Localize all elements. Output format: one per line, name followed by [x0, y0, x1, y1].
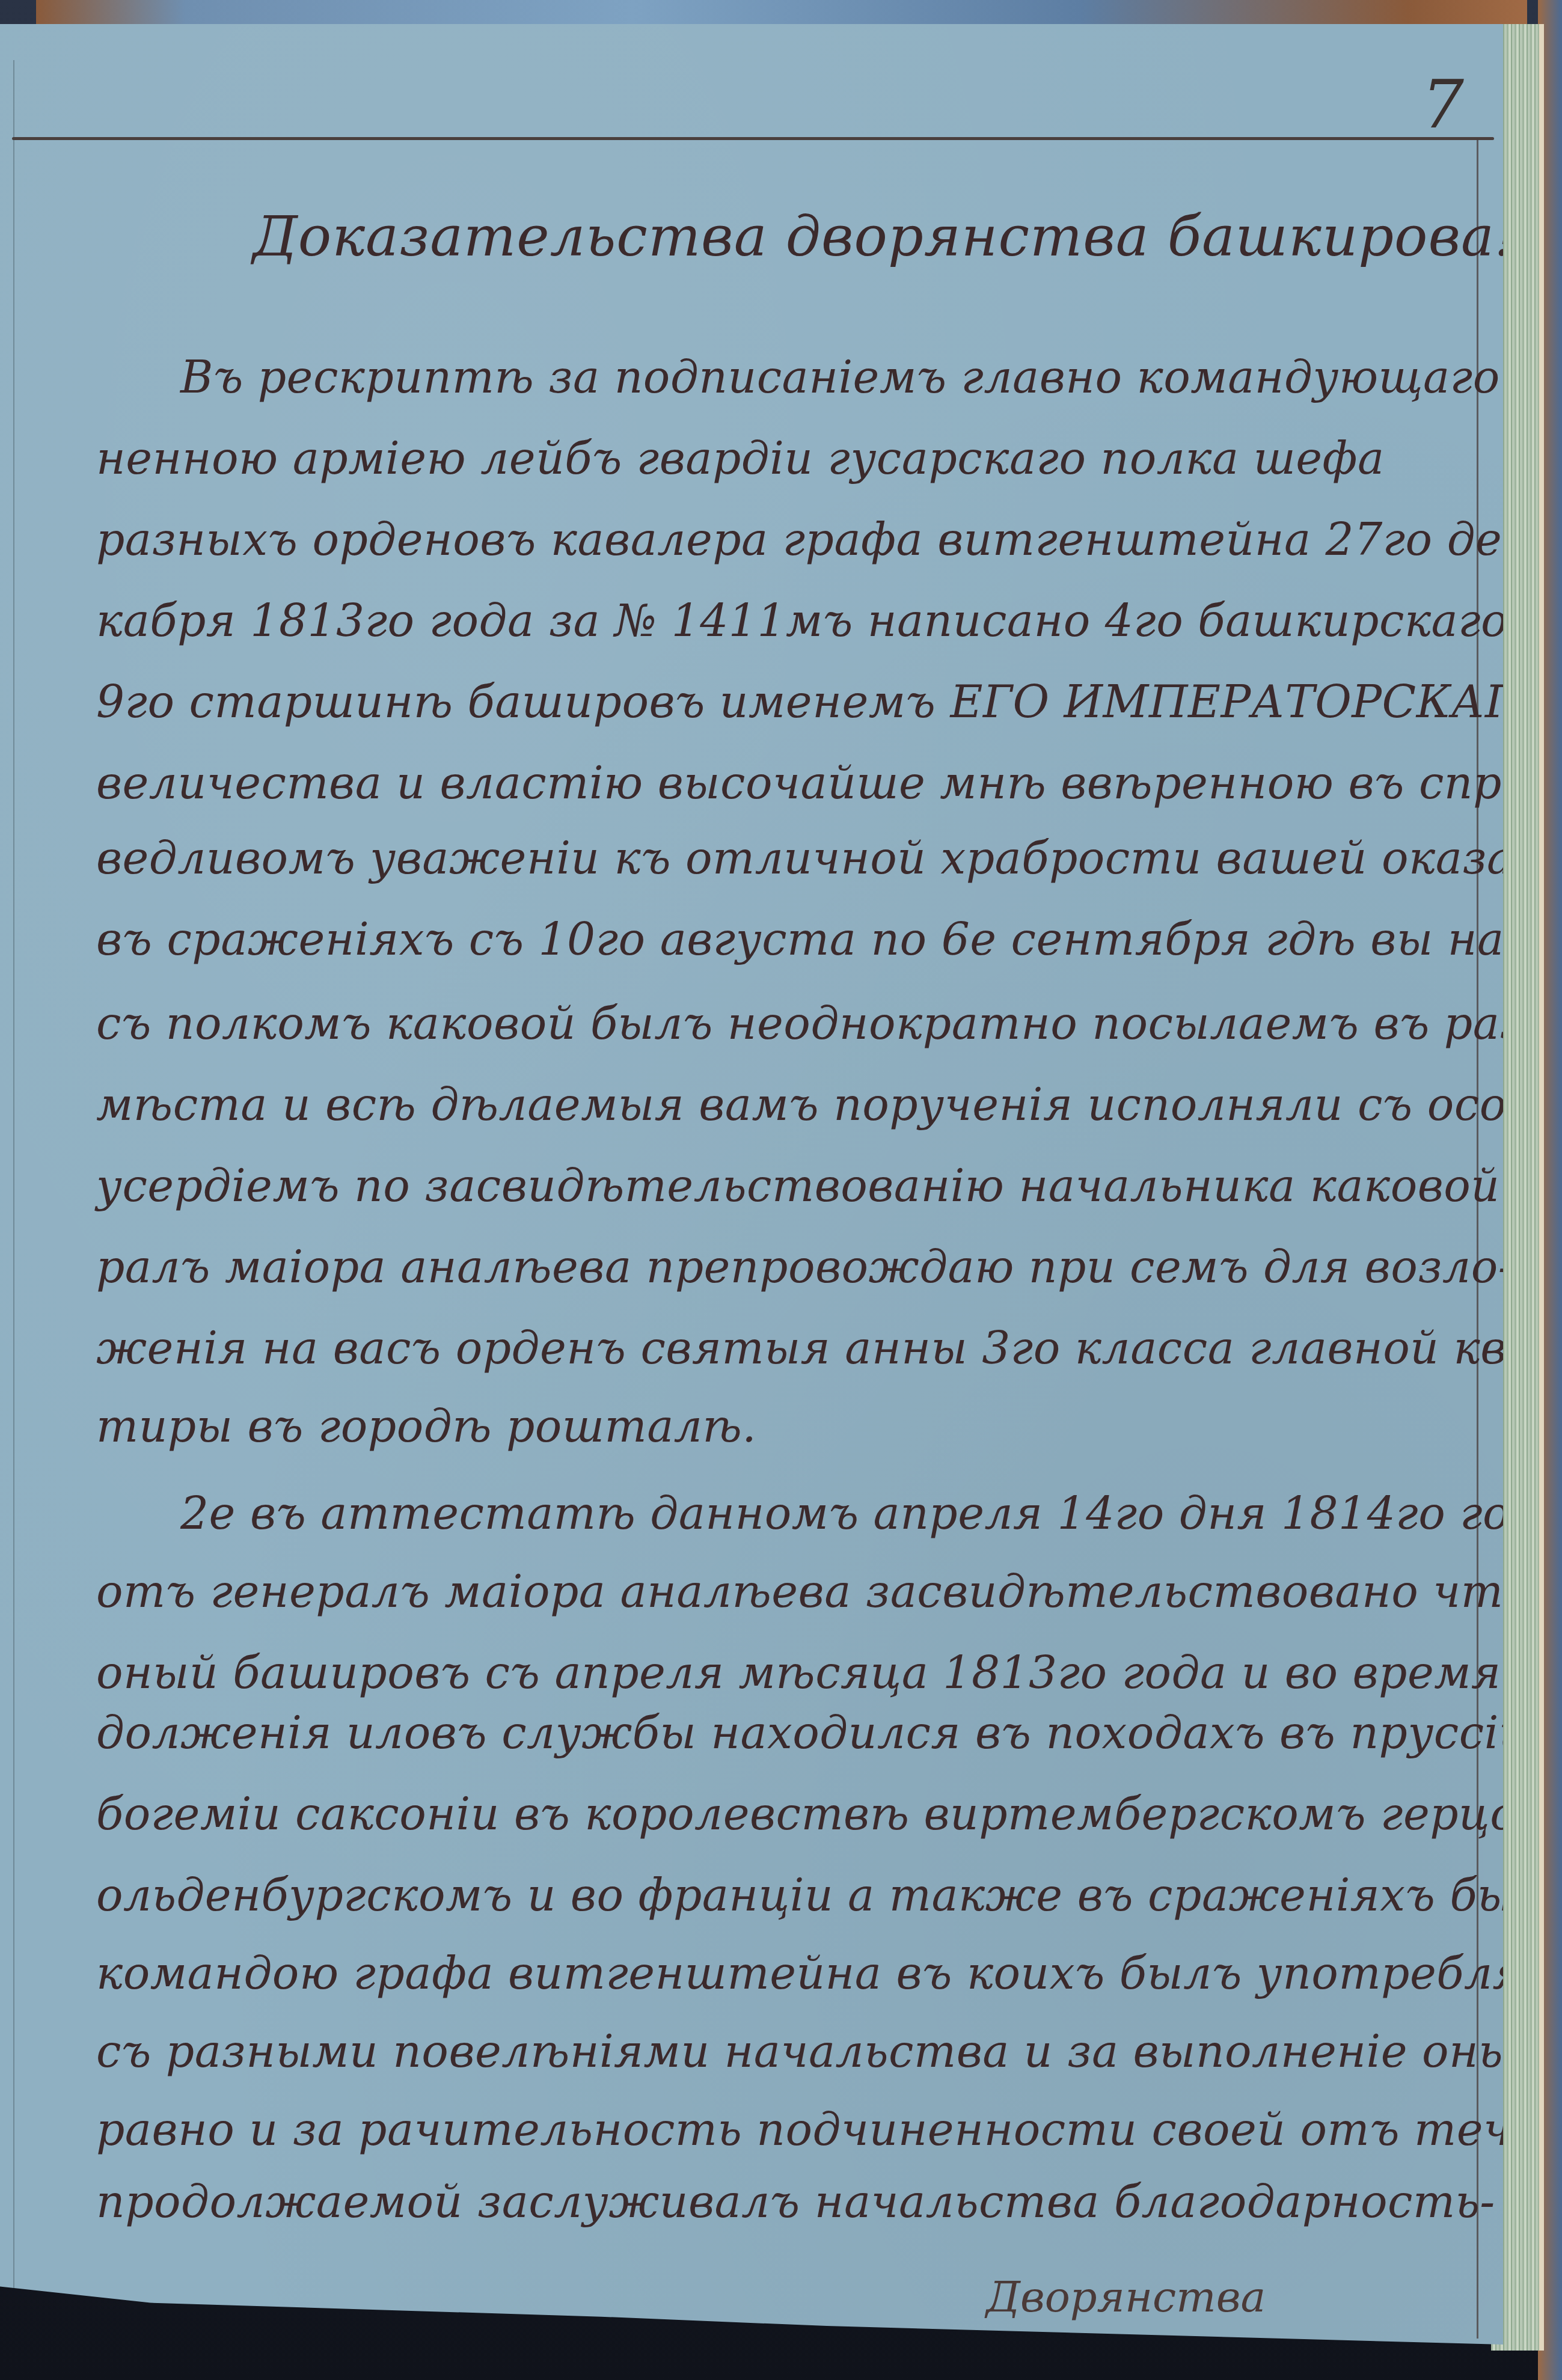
text-line: Въ рескриптѣ за подписаніемъ главно кома…: [180, 352, 1562, 403]
text-line: ведливомъ уваженіи къ отличной храбрости…: [96, 833, 1562, 884]
text-line: командою графа витгенштейна въ коихъ был…: [96, 1948, 1562, 1999]
text-line: женія на васъ орденъ святыя анны 3го кла…: [96, 1323, 1562, 1374]
text-line: отъ генералъ маіора аналѣева засвидѣтель…: [96, 1566, 1546, 1618]
text-line: равно и за рачительность подчиненности с…: [96, 2104, 1562, 2156]
text-line: разныхъ орденовъ кавалера графа витгеншт…: [96, 514, 1518, 566]
text-line: кабря 1813го года за № 1411мъ написано 4…: [96, 595, 1562, 647]
folio-number: 7: [1422, 66, 1464, 143]
document-title: Доказательства дворянства башкирова!: [253, 204, 1395, 269]
manuscript-page: 7 Доказательства дворянства башкирова! В…: [0, 24, 1503, 2345]
text-line: мѣста и всѣ дѣлаемыя вамъ порученія испо…: [96, 1079, 1562, 1131]
text-line: богеміи саксоніи въ королевствѣ виртембе…: [96, 1788, 1562, 1840]
text-line: въ сраженіяхъ съ 10го августа по 6е сент…: [96, 914, 1562, 965]
text-line: ненною арміею лейбъ гвардіи гусарскаго п…: [96, 433, 1385, 485]
binding-top-edge: [36, 0, 1527, 24]
text-line: съ разными повелѣніями начальства и за в…: [96, 2026, 1562, 2078]
text-line: ольденбургскомъ и во франціи а также въ …: [96, 1870, 1562, 1921]
text-line: 2е въ аттестатѣ данномъ апреля 14го дня …: [180, 1488, 1562, 1540]
gutter-fold-line: [13, 60, 14, 2333]
text-line: съ полкомъ каковой былъ неоднократно пос…: [96, 998, 1562, 1050]
text-line: тиры въ городѣ рошталѣ.: [96, 1401, 756, 1452]
text-line: ралъ маіора аналѣева препровождаю при се…: [96, 1241, 1513, 1293]
text-line: долженія иловъ службы находился въ поход…: [96, 1707, 1562, 1759]
top-ruled-line: [12, 137, 1494, 140]
text-line: продолжаемой заслуживалъ начальства благ…: [96, 2176, 1495, 2228]
text-line: 9го старшинѣ башировъ именемъ ЕГО ИМПЕРА…: [96, 676, 1552, 728]
text-line: оный башировъ съ апреля мѣсяца 1813го го…: [96, 1647, 1562, 1699]
right-margin-rule: [1477, 138, 1478, 2339]
text-line: величества и властію высочайше мнѣ ввѣре…: [96, 757, 1544, 809]
text-line: усердіемъ по засвидѣтельствованію началь…: [96, 1160, 1562, 1212]
catchword: Дворянства: [986, 2272, 1266, 2322]
